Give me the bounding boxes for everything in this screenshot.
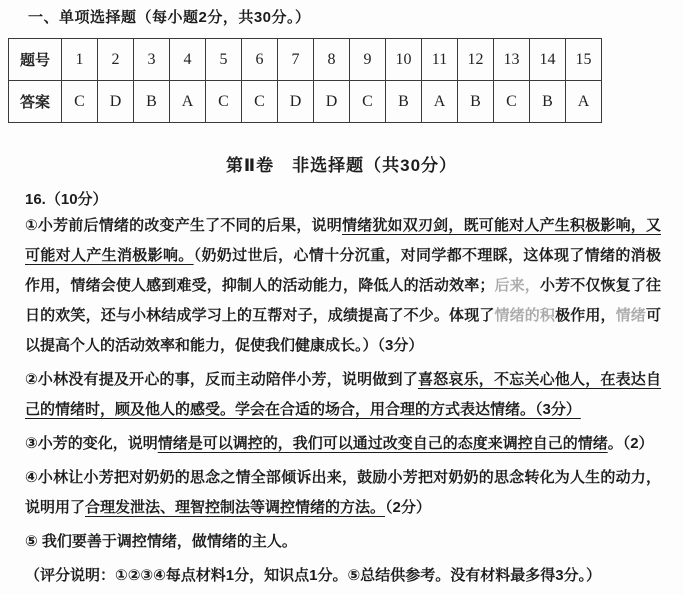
answer-paragraph: ③小芳的变化，说明情绪是可以调控的，我们可以通过改变自己的态度来调控自己的情绪。… [25,429,661,459]
question16-answer-text: ①小芳前后情绪的改变产生了不同的后果，说明情绪犹如双刃剑，既可能对人产生积极影响… [25,211,661,595]
answer-cell: A [422,81,458,123]
answer-paragraph: ①小芳前后情绪的改变产生了不同的后果，说明情绪犹如双刃剑，既可能对人产生积极影响… [25,211,661,361]
answer-cell: B [458,81,494,123]
text-run: 极作用， [555,307,616,324]
exam-answer-key-page: 一、单项选择题（每小题2分，共30分。） 题号 1234567891011121… [0,0,683,595]
question-number-cell: 8 [314,39,350,81]
answer-cell: D [278,81,314,123]
question16-heading: 16.（10分） [25,188,108,209]
question-number-cell: 4 [170,39,206,81]
answer-cell: C [206,81,242,123]
answer-row: 答案 CDBACCDDCBABCBA [9,81,602,123]
text-run: ②小林没有提及开心的事，反而主动陪伴小芳，说明做到了 [25,371,418,388]
question-number-cell: 10 [386,39,422,81]
answer-paragraph: （评分说明：①②③④每点材料1分，知识点1分。⑤总结供参考。没有材料最多得3分。… [25,561,661,591]
question-number-cell: 15 [566,39,602,81]
question-number-cell: 13 [494,39,530,81]
question-number-cell: 7 [278,39,314,81]
text-run: ①小芳前后情绪的改变产生了不同的后果，说明 [25,217,342,234]
question-number-cell: 5 [206,39,242,81]
row-header-question-number: 题号 [9,39,62,81]
answer-paragraph: ④小林让小芳把对奶奶的思念之情全部倾诉出来，鼓励小芳把对奶奶的思念转化为人生的动… [25,463,661,523]
text-run: ⑤ 我们要善于调控情绪，做情绪的主人。 [25,533,297,550]
text-run: 合理发泄法、理智控制法等调控情绪的方法。 [85,499,385,516]
answer-paragraph: ②小林没有提及开心的事，反而主动陪伴小芳，说明做到了喜怒哀乐，不忘关心他人，在表… [25,365,661,425]
answer-cell: B [530,81,566,123]
answer-paragraph: ⑤ 我们要善于调控情绪，做情绪的主人。 [25,527,661,557]
text-run: （评分说明：①②③④每点材料1分，知识点1分。⑤总结供参考。没有材料最多得3分。… [25,567,601,584]
question-number-row: 题号 123456789101112131415 [9,39,602,81]
answer-cell: B [134,81,170,123]
section1-title: 一、单项选择题（每小题2分，共30分。） [28,6,311,27]
question-number-cell: 12 [458,39,494,81]
question-number-cell: 3 [134,39,170,81]
question-number-cell: 9 [350,39,386,81]
question-number-cell: 1 [62,39,98,81]
answer-cell: C [242,81,278,123]
text-run: 情绪的积 [494,307,555,324]
text-run: 后来， [494,277,540,294]
row-header-answer: 答案 [9,81,62,123]
answer-cell: D [314,81,350,123]
question-number-cell: 2 [98,39,134,81]
answer-cell: C [350,81,386,123]
answer-table: 题号 123456789101112131415 答案 CDBACCDDCBAB… [8,38,602,123]
section2-title: 第Ⅱ卷 非选择题（共30分） [0,151,683,176]
answer-cell: A [170,81,206,123]
question-number-cell: 11 [422,39,458,81]
answer-cell: C [494,81,530,123]
answer-cell: C [62,81,98,123]
question-number-cell: 14 [530,39,566,81]
answer-cell: A [566,81,602,123]
text-run: （2分） [385,499,431,516]
answer-cell: B [386,81,422,123]
question-number-cell: 6 [242,39,278,81]
answer-cell: D [98,81,134,123]
text-run: 情绪 [616,307,646,324]
text-run: 。（2） [608,435,654,452]
text-run: ③小芳的变化，说明 [25,435,158,452]
text-run: 情绪是可以调控的，我们可以通过改变自己的态度来调控自己的情绪 [158,435,608,452]
